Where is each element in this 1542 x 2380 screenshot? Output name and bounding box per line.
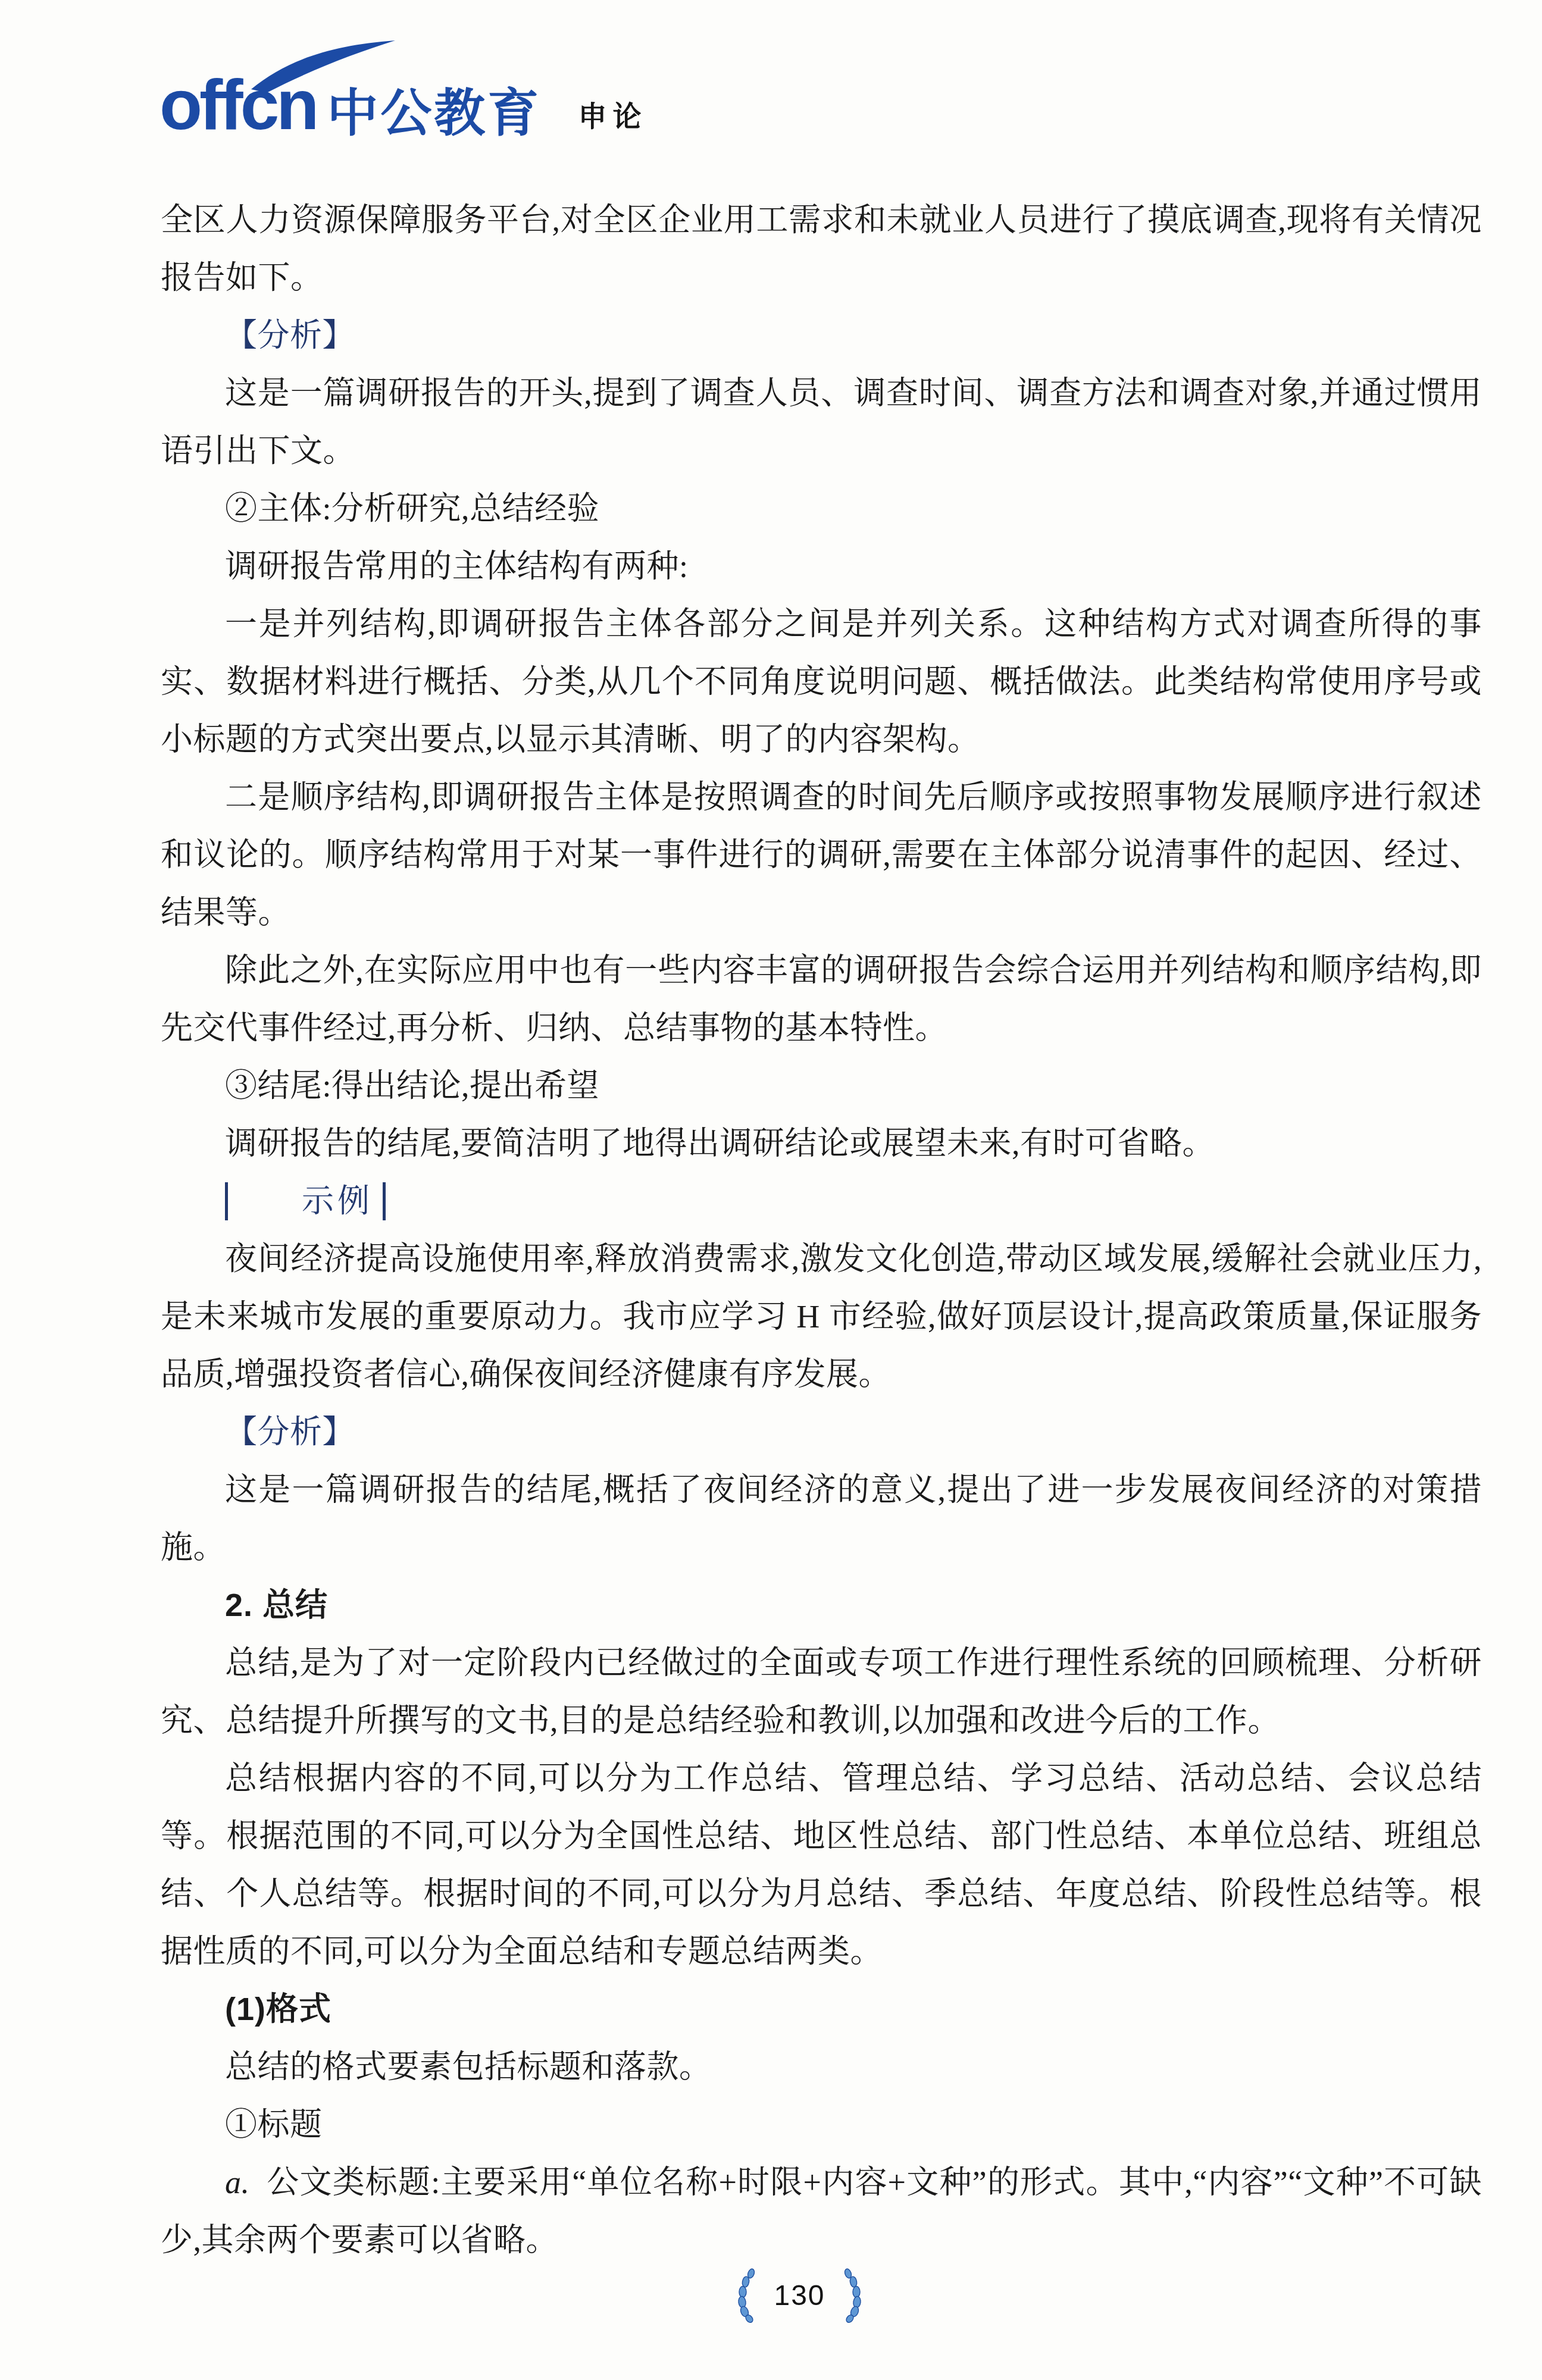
paragraph-structure-combined: 除此之外,在实际应用中也有一些内容丰富的调研报告会综合运用并列结构和顺序结构,即… [161,942,1482,1057]
paragraph-intro-continuation: 全区人力资源保障服务平台,对全区企业用工需求和未就业人员进行了摸底调查,现将有关… [161,192,1482,307]
paragraph-summary-definition: 总结,是为了对一定阶段内已经做过的全面或专项工作进行理性系统的回顾梳理、分析研究… [161,1634,1482,1750]
paragraph-title-type-a: a. 公文类标题:主要采用“单位名称+时限+内容+文种”的形式。其中,“内容”“… [161,2154,1482,2269]
paragraph-structure-sequence: 二是顺序结构,即调研报告主体是按照调查的时间先后顺序或按照事物发展顺序进行叙述和… [161,769,1482,942]
heading-format: (1)格式 [161,1981,1482,2038]
example-marker: 示例 [161,1173,1482,1230]
paragraph-body-intro: 调研报告常用的主体结构有两种: [161,538,1482,596]
textbook-page: offcn 中公教育 申论 全区人力资源保障服务平台,对全区企业用工需求和未就业… [0,0,1542,2380]
heading-summary: 2. 总结 [161,1577,1482,1634]
analysis-label: 【分析】 [225,1414,355,1450]
page-header: offcn 中公教育 申论 [159,70,647,140]
list-item-letter: a. [225,2165,250,2200]
paragraph-ending-desc: 调研报告的结尾,要简洁明了地得出调研结论或展望未来,有时可省略。 [161,1115,1482,1173]
analysis-marker-2: 【分析】 [161,1404,1482,1461]
paragraph-structure-parallel: 一是并列结构,即调研报告主体各部分之间是并列关系。这种结构方式对调查所得的事实、… [161,596,1482,769]
subject-label: 申论 [578,93,647,134]
heading-ending: ③结尾:得出结论,提出希望 [161,1057,1482,1115]
laurel-right-icon [841,2268,866,2323]
heading-title-element: ①标题 [161,2096,1482,2154]
analysis-label: 【分析】 [225,318,355,353]
paragraph-analysis-2: 这是一篇调研报告的结尾,概括了夜间经济的意义,提出了进一步发展夜间经济的对策措施… [161,1461,1482,1577]
paragraph-analysis-1: 这是一篇调研报告的开头,提到了调查人员、调查时间、调查方法和调查对象,并通过惯用… [161,365,1482,480]
logo-text-zhonggong: 中公教育 [327,87,541,140]
logo-text-offcn: offcn [159,70,316,140]
example-label: 示例 [225,1182,386,1220]
paragraph-example: 夜间经济提高设施使用率,释放消费需求,激发文化创造,带动区域发展,缓解社会就业压… [161,1230,1482,1404]
analysis-marker-1: 【分析】 [161,307,1482,365]
page-number: 130 [774,2279,825,2312]
laurel-left-icon [733,2268,758,2323]
page-footer: 130 [29,2268,1542,2323]
offcn-logo: offcn 中公教育 [159,70,541,140]
paragraph-format-desc: 总结的格式要素包括标题和落款。 [161,2038,1482,2096]
page-body: 全区人力资源保障服务平台,对全区企业用工需求和未就业人员进行了摸底调查,现将有关… [161,192,1482,2269]
paragraph-title-type-a-text: 公文类标题:主要采用“单位名称+时限+内容+文种”的形式。其中,“内容”“文种”… [161,2165,1482,2258]
heading-main-body: ②主体:分析研究,总结经验 [161,480,1482,538]
paragraph-summary-types: 总结根据内容的不同,可以分为工作总结、管理总结、学习总结、活动总结、会议总结等。… [161,1750,1482,1981]
